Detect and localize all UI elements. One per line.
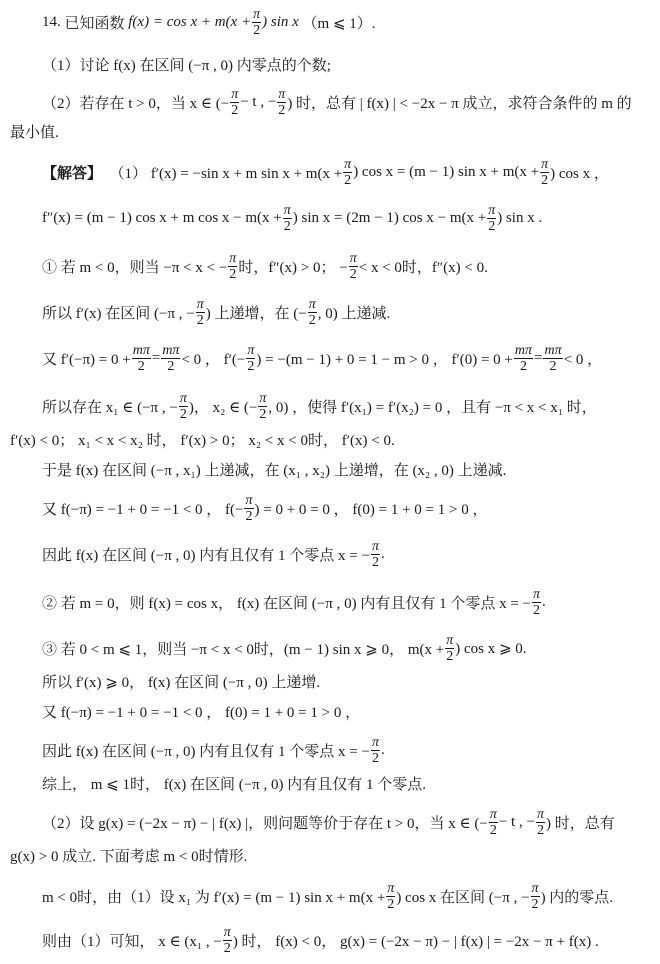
solution-line-2: f″(x) = (m − 1) cos x + m cos x − m(x + … xyxy=(42,200,542,236)
problem-number: 14. xyxy=(42,14,61,31)
problem-part-2: （2）若存在 t > 0，当 x ∈ (− π2 − t , − π2 ) 时，… xyxy=(42,84,632,120)
solution-line-6: 所以存在 x₁ ∈ (−π , − π2 )， x₂ ∈ (− π2 , 0) … xyxy=(42,388,597,424)
fraction: π2 xyxy=(487,203,496,234)
solution-line-3: ① 若 m < 0，则当 −π < x < − π2 时，f″(x) > 0； … xyxy=(42,248,488,284)
fraction: π2 xyxy=(531,881,540,912)
solution-line-8: 于是 f(x) 在区间 (−π , x₁) 上递减，在 (x₁ , x₂) 上递… xyxy=(42,454,506,484)
fraction: π2 xyxy=(371,539,380,570)
fraction: π2 xyxy=(349,251,358,282)
fraction: π2 xyxy=(371,735,380,766)
solution-line-19: m < 0时，由（1）设 x₁ 为 f′(x) = (m − 1) sin x … xyxy=(42,878,613,914)
solution-line-1: 【解答】 （1） f′(x) = −sin x + m sin x + m(x … xyxy=(42,154,609,190)
fraction: π2 xyxy=(386,881,395,912)
solution-line-4: 所以 f′(x) 在区间 (−π , − π2 ) 上递增，在 (− π2 , … xyxy=(42,294,390,330)
fraction: π2 xyxy=(230,87,239,118)
fraction: mπ2 xyxy=(161,343,180,374)
fraction: π2 xyxy=(536,807,545,838)
solution-line-11: ② 若 m = 0，则 f(x) = cos x， f(x) 在区间 (−π ,… xyxy=(42,584,546,620)
fraction: π2 xyxy=(445,633,454,664)
solution-label: 【解答】 xyxy=(42,162,102,183)
solution-line-20: 则由（1）可知， x ∈ (x₁ , − π2 ) 时， f(x) < 0， g… xyxy=(42,922,599,958)
solution-line-7: f′(x) < 0； x₁ < x < x₂ 时， f′(x) > 0； x₂ … xyxy=(10,424,395,454)
fraction: π2 xyxy=(244,493,253,524)
fraction: π2 xyxy=(532,587,541,618)
fraction: π2 xyxy=(252,7,261,38)
fraction: π2 xyxy=(343,157,352,188)
fraction: π2 xyxy=(196,297,205,328)
fraction: π2 xyxy=(179,391,188,422)
solution-line-9: 又 f(−π) = −1 + 0 = −1 < 0 ， f(− π2 ) = 0… xyxy=(42,490,487,526)
solution-line-16: 综上， m ⩽ 1时， f(x) 在区间 (−π , 0) 内有且仅有 1 个零… xyxy=(42,768,426,798)
fraction: π2 xyxy=(283,203,292,234)
solution-line-10: 因此 f(x) 在区间 (−π , 0) 内有且仅有 1 个零点 x = − π… xyxy=(42,536,385,572)
solution-line-5: 又 f′(−π) = 0 + mπ2 = mπ2 < 0 ， f′(− π2 )… xyxy=(42,340,602,376)
fraction: π2 xyxy=(489,807,498,838)
fraction: π2 xyxy=(277,87,286,118)
fraction: π2 xyxy=(223,925,232,956)
solution-line-17: （2）设 g(x) = (−2x − π) − | f(x) |，则问题等价于存… xyxy=(42,804,615,840)
fraction: π2 xyxy=(228,251,237,282)
fraction: mπ2 xyxy=(514,343,533,374)
problem-part-2-cont: 最小值. xyxy=(10,116,59,146)
fraction: mπ2 xyxy=(543,343,562,374)
fraction: π2 xyxy=(308,297,317,328)
fraction: mπ2 xyxy=(132,343,151,374)
solution-line-18: g(x) > 0 成立. 下面考虑 m < 0时情形. xyxy=(10,840,247,870)
solution-line-12: ③ 若 0 < m ⩽ 1，则当 −π < x < 0时，(m − 1) sin… xyxy=(42,630,527,666)
problem-part-1: （1）讨论 f(x) 在区间 (−π , 0) 内零点的个数; xyxy=(42,46,331,82)
solution-line-13: 所以 f′(x) ⩾ 0， f(x) 在区间 (−π , 0) 上递增. xyxy=(42,666,320,696)
fraction: π2 xyxy=(258,391,267,422)
solution-line-15: 因此 f(x) 在区间 (−π , 0) 内有且仅有 1 个零点 x = − π… xyxy=(42,732,385,768)
fraction: π2 xyxy=(540,157,549,188)
fraction: π2 xyxy=(246,343,255,374)
solution-line-14: 又 f(−π) = −1 + 0 = −1 < 0 ， f(0) = 1 + 0… xyxy=(42,696,360,726)
problem-stem: 14. 已知函数 f(x) = cos x + m(x + π2 ) sin x… xyxy=(42,4,376,40)
